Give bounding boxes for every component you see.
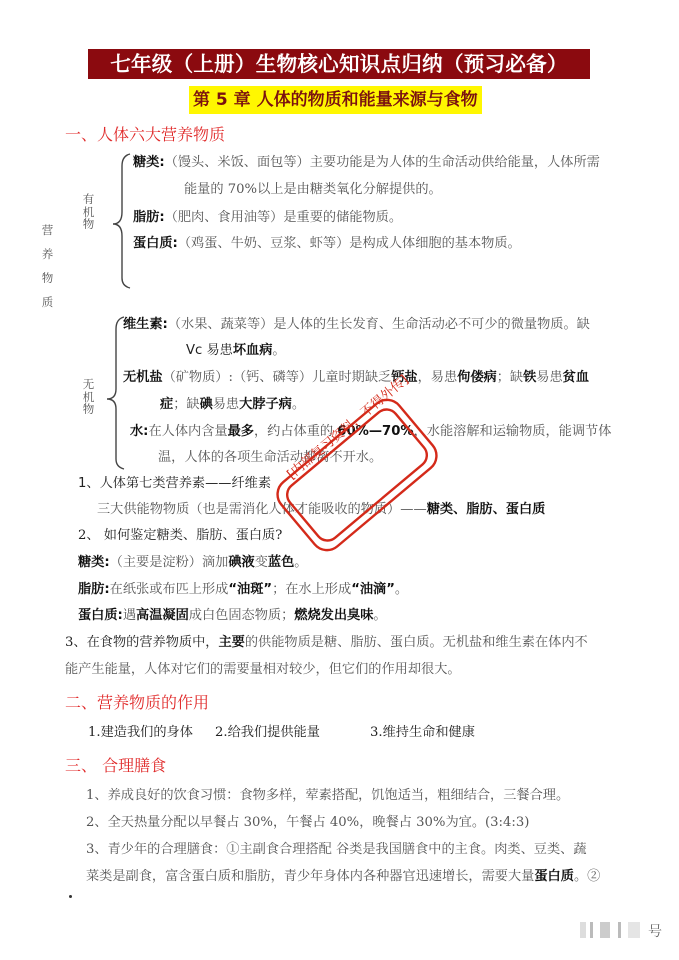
section-heading-1: 一、人体六大营养物质 <box>65 122 225 145</box>
diet-item-2: 2、全天热量分配以早餐占 30%，午餐占 40%，晚餐占 30%为宜。(3:4:… <box>86 813 529 833</box>
inorganic-label: 无机物 <box>82 378 95 416</box>
diet-item-3-cont: 菜类是副食，富含蛋白质和脂肪，青少年身体内各种器官迅速增长，需要大量蛋白质。② <box>86 867 600 887</box>
nutrients-root-label: 营养物质 <box>41 218 54 314</box>
point-1-fiber: 1、人体第七类营养素——纤维素 <box>78 474 271 494</box>
organic-item-sugar-cont: 能量的 70%以上是由糖类氧化分解提供的。 <box>184 180 442 200</box>
organic-item-sugar: 糖类:（馒头、米饭、面包等）主要功能是为人体的生命活动供给能量，人体所需 <box>133 153 600 173</box>
point-2-identification: 2、 如何鉴定糖类、脂肪、蛋白质? <box>78 526 282 546</box>
inorganic-item-water: 水:在人体内含量最多，约占体重的 60%—70%，水能溶解和运输物质，能调节体 <box>130 422 611 442</box>
inorganic-item-mineral: 无机盐（矿物质）:（钙、磷等）儿童时期缺乏钙盐，易患佝偻病；缺铁易患贫血 <box>123 368 589 388</box>
point-3-energy-sources: 3、在食物的营养物质中，主要的供能物质是糖、脂肪、蛋白质。无机盐和维生素在体内不 <box>65 633 588 653</box>
role-item-3: 3.维持生命和健康 <box>370 723 475 743</box>
document-title: 七年级（上册）生物核心知识点归纳（预习必备） <box>88 49 590 79</box>
role-item-2: 2.给我们提供能量 <box>215 723 320 743</box>
organic-label: 有机物 <box>82 193 95 231</box>
watermark-logo-icon: 号 <box>578 918 663 940</box>
chapter-heading: 第 5 章 人体的物质和能量来源与食物 <box>189 86 482 114</box>
section-heading-2: 二、营养物质的作用 <box>65 690 209 713</box>
organic-item-fat: 脂肪:（肥肉、食用油等）是重要的储能物质。 <box>133 208 402 228</box>
inorganic-item-mineral-cont: 症；缺碘易患大脖子病。 <box>160 395 305 415</box>
inorganic-item-vitamin-cont: Vc 易患坏血病。 <box>186 341 286 361</box>
section-heading-3: 三、 合理膳食 <box>65 753 166 776</box>
diet-item-1: 1、养成良好的饮食习惯：食物多样，荤素搭配，饥饱适当，粗细结合，三餐合理。 <box>86 786 569 806</box>
inorganic-brace-icon <box>96 315 136 475</box>
organic-item-protein: 蛋白质:（鸡蛋、牛奶、豆浆、虾等）是构成人体细胞的基本物质。 <box>133 234 521 254</box>
inorganic-item-water-cont: 温，人体的各项生命活动都离不开水。 <box>158 448 382 468</box>
role-item-1: 1.建造我们的身体 <box>88 723 193 743</box>
test-fat: 脂肪:在纸张或布匹上形成“油斑”；在水上形成“油滴”。 <box>78 580 408 600</box>
test-sugar: 糖类:（主要是淀粉）滴加碘液变蓝色。 <box>78 553 307 573</box>
inorganic-item-vitamin: 维生素:（水果、蔬菜等）是人体的生长发育、生命活动必不可少的微量物质。缺 <box>123 315 590 335</box>
diet-item-3: 3、青少年的合理膳食：①主副食合理搭配 谷类是我国膳食中的主食。肉类、豆类、蔬 <box>86 840 587 860</box>
test-protein: 蛋白质:遇高温凝固成白色固态物质；燃烧发出臭味。 <box>78 606 387 626</box>
point-1-energy-nutrients: 三大供能物物质（也是需消化人体才能吸收的物质）——糖类、脂肪、蛋白质 <box>97 500 545 520</box>
bullet-dot <box>69 895 72 898</box>
svg-text:号: 号 <box>648 924 662 940</box>
point-3-cont: 能产生能量，人体对它们的需要量相对较少，但它们的作用却很大。 <box>65 660 461 680</box>
